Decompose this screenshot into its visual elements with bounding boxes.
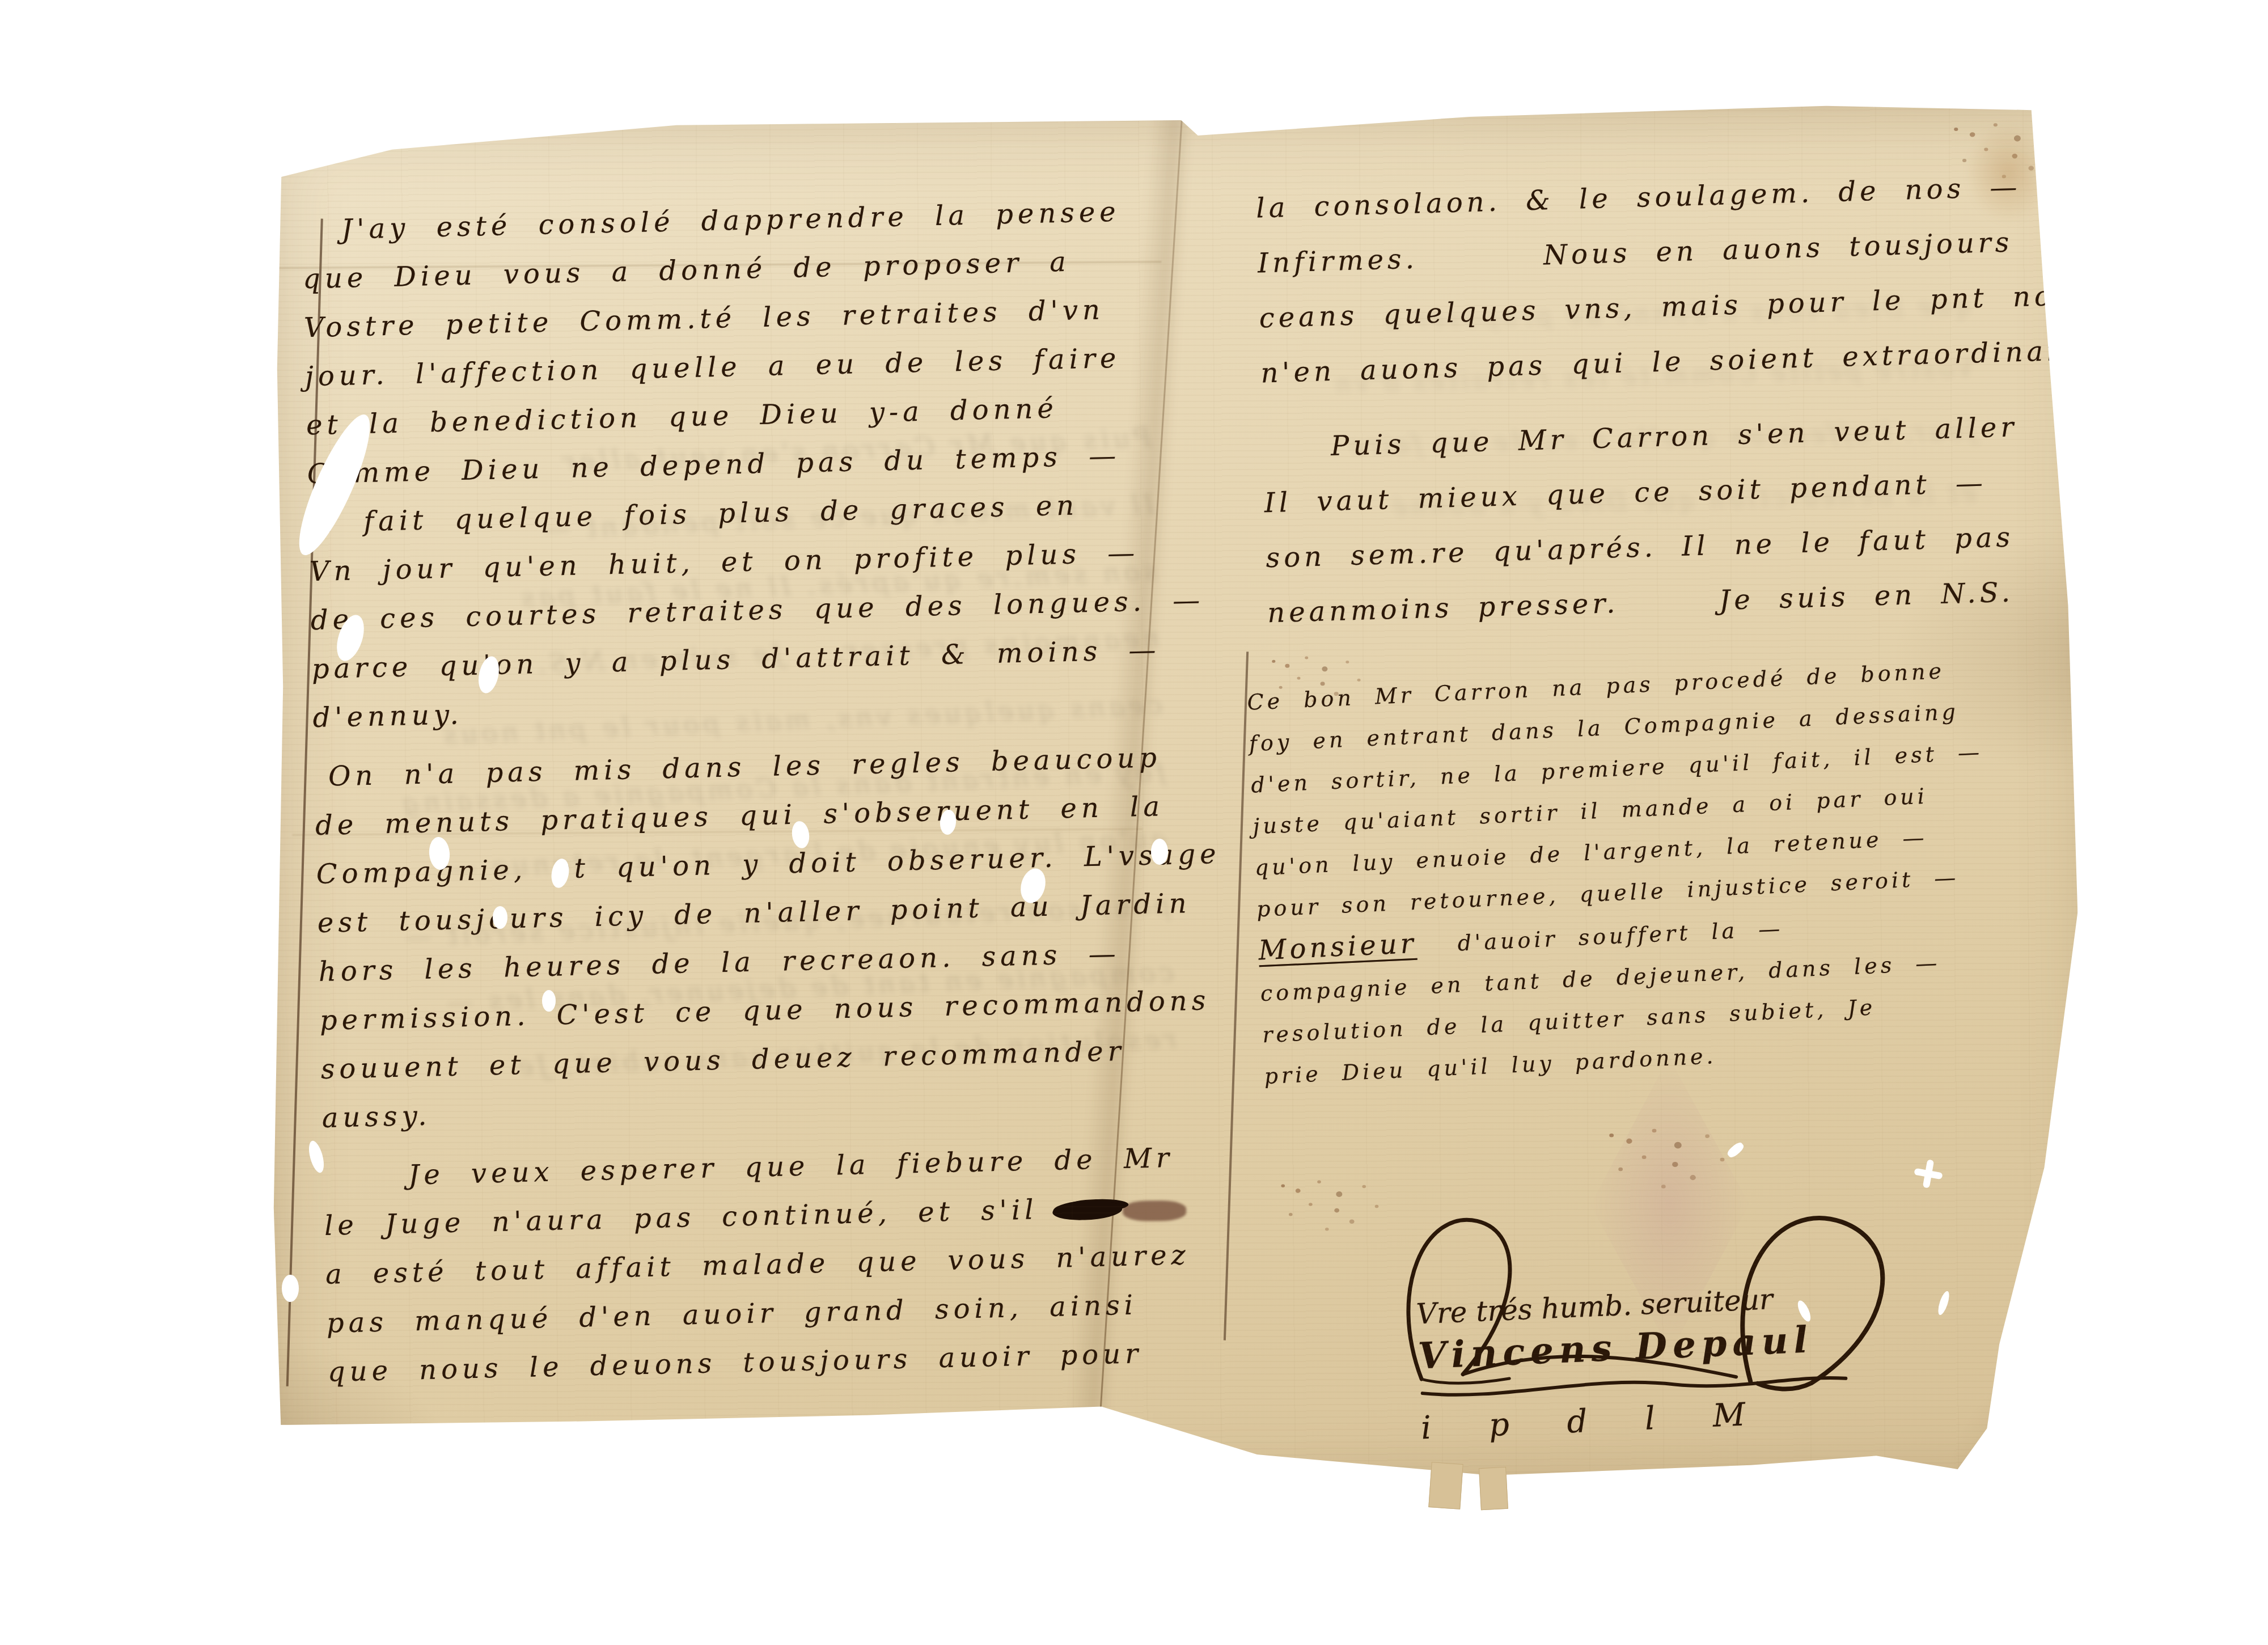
manuscript-line: le Juge n'aura pas continué, et s'il <box>324 1194 1038 1242</box>
page-right-text: la consolaon. & le soulagem. de nos — In… <box>1255 158 2101 641</box>
paragraph: Puis que Mr Carron s'en veut aller Il va… <box>1262 397 2101 641</box>
paper-hole <box>493 906 507 929</box>
paragraph: la consolaon. & le soulagem. de nos — In… <box>1255 158 2094 404</box>
paper-hole <box>282 1275 299 1302</box>
paragraph: Je veux esperer que la fiebure de Mr le … <box>323 1132 1224 1397</box>
ink-blot <box>1049 1200 1126 1221</box>
plus-mark: + <box>2110 310 2132 366</box>
foxing-stain <box>1609 1134 1614 1137</box>
manuscript-line: n'en auons pas qui le soient extraordina… <box>1260 334 2097 389</box>
signature-block: Vre trés humb. seruiteur Vincens Depaul … <box>1416 1278 1853 1452</box>
page-left-text: J'ay esté consolé dapprendre la pensee q… <box>301 186 1224 1397</box>
manuscript-sheet: Puis que Mr Carron s'en veut aller Il va… <box>253 93 2111 1507</box>
tape-remnant <box>1479 1467 1508 1510</box>
foxing-stain <box>1954 128 1958 131</box>
photograph-canvas: Puis que Mr Carron s'en veut aller Il va… <box>0 0 2268 1645</box>
monsieur-underlined: Monsieur <box>1258 928 1417 967</box>
margin-rule-right <box>1224 652 1249 1340</box>
paragraph: J'ay esté consolé dapprendre la pensee q… <box>301 186 1209 743</box>
paper-hole <box>1151 839 1168 865</box>
paragraph: On n'a pas mis dans les regles beaucoup … <box>314 732 1218 1143</box>
paper-hole <box>542 990 556 1012</box>
foxing-stain <box>1281 1185 1285 1188</box>
manuscript-line: d'auoir souffert la — <box>1416 916 1784 957</box>
foxing-stain <box>1272 660 1275 663</box>
tape-remnant <box>1428 1462 1463 1509</box>
postscript-text: Ce bon Mr Carron na pas procedé de bonne… <box>1246 644 2104 1097</box>
